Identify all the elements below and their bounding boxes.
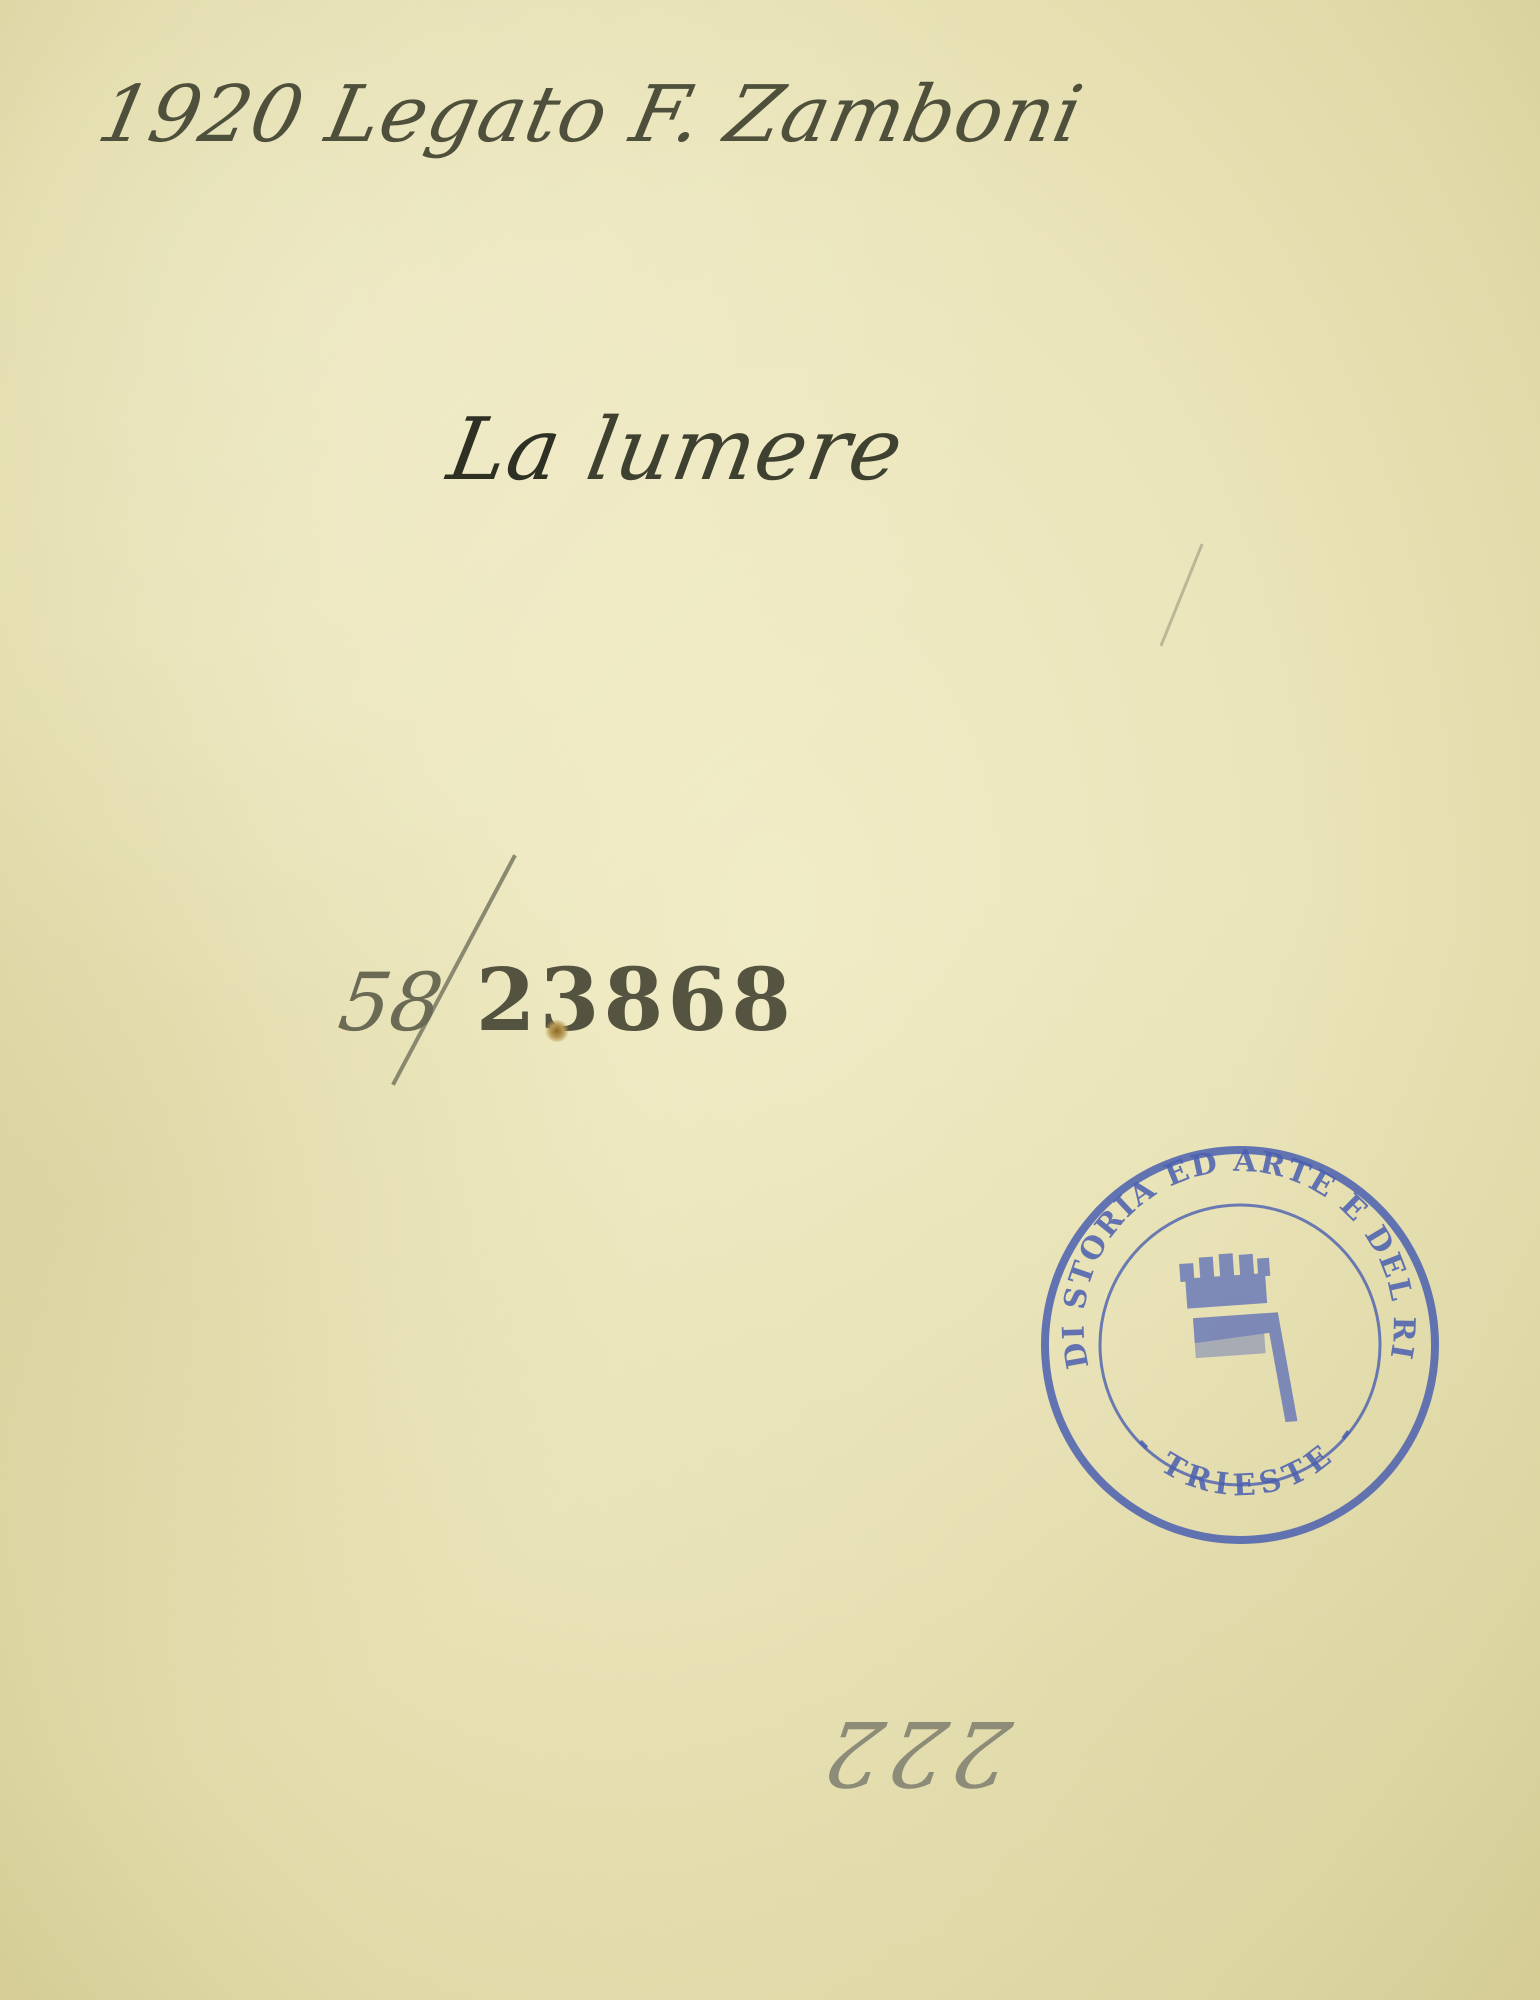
foxing-spot — [545, 1020, 569, 1042]
title-rest: lumere — [552, 400, 911, 500]
bottom-annotation: 222 — [813, 1700, 1018, 1805]
document-sheet: 1920 Legato F. Zamboni La lumere 58 2386… — [0, 0, 1540, 2000]
museum-stamp: MUSEI CIVICI DI STORIA ED ARTE E DEL RIS… — [1016, 1121, 1464, 1569]
pencil-mark — [1160, 543, 1204, 646]
stamp-graphic: MUSEI CIVICI DI STORIA ED ARTE E DEL RIS… — [1016, 1121, 1464, 1569]
title-annotation: La lumere — [441, 400, 911, 500]
svg-text:- TRIESTE -: - TRIESTE - — [1126, 1412, 1370, 1511]
header-annotation: 1920 Legato F. Zamboni — [90, 70, 1090, 160]
stamp-bottom-text: - TRIESTE - — [1126, 1412, 1370, 1511]
catalog-stamped-number: 23868 — [476, 950, 795, 1051]
title-struck-prefix: La — [441, 400, 569, 500]
crown-halberd-icon — [1179, 1250, 1298, 1429]
catalog-prefix: 58 — [333, 956, 448, 1049]
catalog-number: 58 23868 — [340, 770, 795, 1051]
